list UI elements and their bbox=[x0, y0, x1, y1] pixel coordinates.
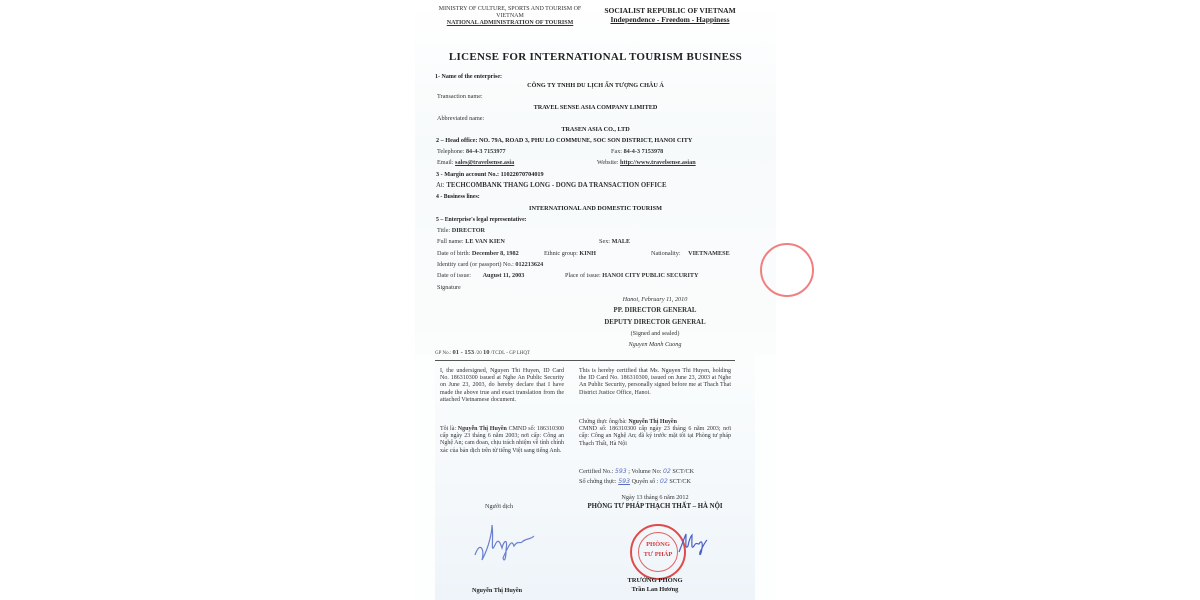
email: Email: sales@travelsense.asia bbox=[437, 159, 514, 167]
enterprise-name-value: CÔNG TY TNHH DU LỊCH ẤN TƯỢNG CHÂU Á bbox=[415, 82, 776, 90]
so-chung-thuc-value: 593 bbox=[618, 478, 630, 485]
volume-label: ; Volume No: bbox=[628, 468, 661, 475]
gp-label: GP No.: bbox=[435, 351, 451, 356]
email-label: Email: bbox=[437, 159, 454, 166]
rep-id-label: Identity card (or passport) No.: bbox=[437, 261, 514, 268]
rep-title-value: DIRECTOR bbox=[452, 227, 485, 234]
margin-account-label: 3 - Margin account No.: bbox=[436, 171, 499, 178]
ministry-line2: VIETNAM bbox=[430, 13, 590, 20]
rep-issue-date: Date of issue: August 11, 2003 bbox=[437, 272, 524, 280]
head-signature-icon bbox=[677, 532, 709, 558]
certification-text-vi: Chứng thực ông/bà: Nguyễn Thị Huyền CMND… bbox=[579, 419, 731, 448]
rep-id: Identity card (or passport) No.: 0122136… bbox=[437, 261, 543, 269]
so-chung-thuc: Số chứng thực: 593 Quyển số : 02 SCT/CK bbox=[579, 478, 691, 486]
rep-id-value: 012213624 bbox=[515, 261, 543, 268]
abbreviated-name-label: Abbreviated name: bbox=[437, 115, 484, 123]
head-office-label: 2 – Head office: bbox=[436, 137, 477, 144]
rep-nationality: Nationality: VIETNAMESE bbox=[651, 250, 730, 258]
rep-sex: Sex: MALE bbox=[599, 238, 630, 246]
rep-signature-label: Signature bbox=[437, 284, 461, 292]
enterprise-name-label: 1- Name of the enterprise: bbox=[435, 73, 502, 81]
telephone: Telephone: 84-4-3 7153977 bbox=[437, 148, 506, 156]
certification-date: Ngày 13 tháng 6 năm 2012 bbox=[575, 494, 735, 502]
certification-vi-label: Chứng thực ông/bà: bbox=[579, 419, 627, 425]
rep-issue-place-label: Place of issue: bbox=[565, 272, 601, 279]
issuer-line2: DEPUTY DIRECTOR GENERAL bbox=[575, 317, 735, 328]
rep-title-label: Title: bbox=[437, 227, 450, 234]
rep-issue-place: Place of issue: HANOI CITY PUBLIC SECURI… bbox=[565, 272, 699, 280]
partial-seal-stamp bbox=[760, 243, 814, 297]
issuer-place-date: Hanoi, February 11, 2010 bbox=[575, 294, 735, 305]
rep-dob-label: Date of birth: bbox=[437, 250, 470, 257]
gp-part3: 10 bbox=[483, 349, 490, 356]
translator-vi-name: Nguyễn Thị Huyền bbox=[458, 426, 507, 432]
rep-dob-value: December 8, 1982 bbox=[472, 250, 519, 257]
transaction-name-label: Transaction name: bbox=[437, 93, 483, 101]
gp-number: GP No.: 01 - 153 /20 10 /TCDL - GP LHQT bbox=[435, 349, 530, 356]
administration-name: NATIONAL ADMINISTRATION OF TOURISM bbox=[430, 20, 590, 27]
fax-label: Fax: bbox=[611, 148, 622, 155]
bank: At: TECHCOMBANK THANG LONG - DONG DA TRA… bbox=[436, 182, 667, 190]
website-link[interactable]: http://www.travelsense.asian bbox=[620, 159, 696, 166]
ministry-header: MINISTRY OF CULTURE, SPORTS AND TOURISM … bbox=[430, 6, 590, 27]
translator-role: Người dịch bbox=[485, 503, 513, 511]
so-chung-thuc-label: Số chứng thực: bbox=[579, 478, 617, 485]
document-page: MINISTRY OF CULTURE, SPORTS AND TOURISM … bbox=[415, 0, 776, 600]
website: Website: http://www.travelsense.asian bbox=[597, 159, 696, 167]
website-label: Website: bbox=[597, 159, 619, 166]
rep-fullname-value: LE VAN KIEN bbox=[465, 238, 505, 245]
head-office-value: NO. 79A, ROAD 3, PHU LO COMMUNE, SOC SON… bbox=[479, 137, 692, 144]
transaction-name-value: TRAVEL SENSE ASIA COMPANY LIMITED bbox=[415, 104, 776, 112]
translator-signature-icon bbox=[470, 520, 540, 565]
quyen-so-value: 02 bbox=[660, 478, 668, 485]
ministry-line1: MINISTRY OF CULTURE, SPORTS AND TOURISM … bbox=[430, 6, 590, 13]
certification-vi-name: Nguyễn Thị Huyền bbox=[628, 419, 677, 425]
gp-part4: /TCDL - GP LHQT bbox=[491, 351, 530, 356]
business-lines-label: 4 - Business lines: bbox=[436, 193, 480, 201]
quyen-so-suffix: SCT/CK bbox=[669, 478, 691, 485]
rep-issue-place-value: HANOI CITY PUBLIC SECURITY bbox=[602, 272, 698, 279]
issuer-block: Hanoi, February 11, 2010 PP. DIRECTOR GE… bbox=[575, 294, 735, 350]
margin-account-value: 11022070704019 bbox=[501, 171, 544, 178]
certified-no-value: 593 bbox=[615, 468, 627, 475]
certified-no-label: Certified No.: bbox=[579, 468, 613, 475]
republic-header: SOCIALIST REPUBLIC OF VIETNAM Independen… bbox=[595, 7, 745, 24]
translator-declaration-en: I, the undersigned, Nguyen Thi Huyen, ID… bbox=[440, 368, 564, 404]
gp-part2: /20 bbox=[475, 351, 481, 356]
translator-declaration-vi: Tôi là: Nguyễn Thị Huyền CMND số: 186310… bbox=[440, 426, 564, 455]
certified-number: Certified No.: 593 ; Volume No: 02 SCT/C… bbox=[579, 468, 694, 476]
rep-sex-label: Sex: bbox=[599, 238, 610, 245]
rep-dob: Date of birth: December 8, 1982 bbox=[437, 250, 519, 258]
telephone-label: Telephone: bbox=[437, 148, 464, 155]
head-title: TRƯỞNG PHÒNG bbox=[595, 577, 715, 585]
rep-nationality-label: Nationality: bbox=[651, 250, 681, 257]
head-office: 2 – Head office: NO. 79A, ROAD 3, PHU LO… bbox=[436, 137, 692, 145]
margin-account: 3 - Margin account No.: 11022070704019 bbox=[436, 171, 544, 179]
rep-ethnic-value: KINH bbox=[579, 250, 596, 257]
volume-suffix: SCT/CK bbox=[672, 468, 694, 475]
issuer-line1: PP. DIRECTOR GENERAL bbox=[575, 305, 735, 316]
document-title: LICENSE FOR INTERNATIONAL TOURISM BUSINE… bbox=[415, 51, 776, 63]
certification-vi-text: CMND số: 186310300 cấp ngày 23 tháng 6 n… bbox=[579, 426, 731, 446]
fax-value: 84-4-3 7153978 bbox=[624, 148, 664, 155]
head-name: Trần Lan Hương bbox=[595, 586, 715, 594]
rep-issue-date-label: Date of issue: bbox=[437, 272, 471, 279]
issuer-signed-sealed: (Signed and sealed) bbox=[575, 328, 735, 339]
quyen-so-label: Quyển số : bbox=[632, 478, 659, 485]
gp-part1: 01 - 153 bbox=[452, 349, 474, 356]
bank-value: TECHCOMBANK THANG LONG - DONG DA TRANSAC… bbox=[446, 182, 666, 189]
translator-name: Nguyễn Thị Huyền bbox=[472, 587, 522, 595]
business-lines-value: INTERNATIONAL AND DOMESTIC TOURISM bbox=[415, 205, 776, 213]
national-motto: Independence - Freedom - Happiness bbox=[595, 16, 745, 25]
bank-label: At: bbox=[436, 182, 445, 189]
rep-fullname-label: Full name: bbox=[437, 238, 464, 245]
rep-fullname: Full name: LE VAN KIEN bbox=[437, 238, 505, 246]
representative-label: 5 – Enterprise's legal representative: bbox=[436, 216, 527, 224]
rep-ethnic: Ethnic group: KINH bbox=[544, 250, 596, 258]
certification-office: PHÒNG TƯ PHÁP THẠCH THẤT – HÀ NỘI bbox=[575, 503, 735, 511]
abbreviated-name-value: TRASEN ASIA CO., LTD bbox=[415, 126, 776, 134]
certification-text-en: This is hereby certified that Ms. Nguyen… bbox=[579, 368, 731, 397]
rep-title: Title: DIRECTOR bbox=[437, 227, 485, 235]
issuer-name: Nguyen Manh Cuong bbox=[575, 339, 735, 350]
rep-ethnic-label: Ethnic group: bbox=[544, 250, 578, 257]
translator-vi-label: Tôi là: bbox=[440, 426, 456, 432]
volume-value: 02 bbox=[663, 468, 671, 475]
email-link[interactable]: sales@travelsense.asia bbox=[455, 159, 514, 166]
rep-sex-value: MALE bbox=[612, 238, 631, 245]
divider-line bbox=[435, 360, 735, 361]
rep-nationality-value: VIETNAMESE bbox=[688, 250, 730, 257]
rep-issue-date-value: August 11, 2003 bbox=[483, 272, 525, 279]
fax: Fax: 84-4-3 7153978 bbox=[611, 148, 663, 156]
telephone-value: 84-4-3 7153977 bbox=[466, 148, 506, 155]
